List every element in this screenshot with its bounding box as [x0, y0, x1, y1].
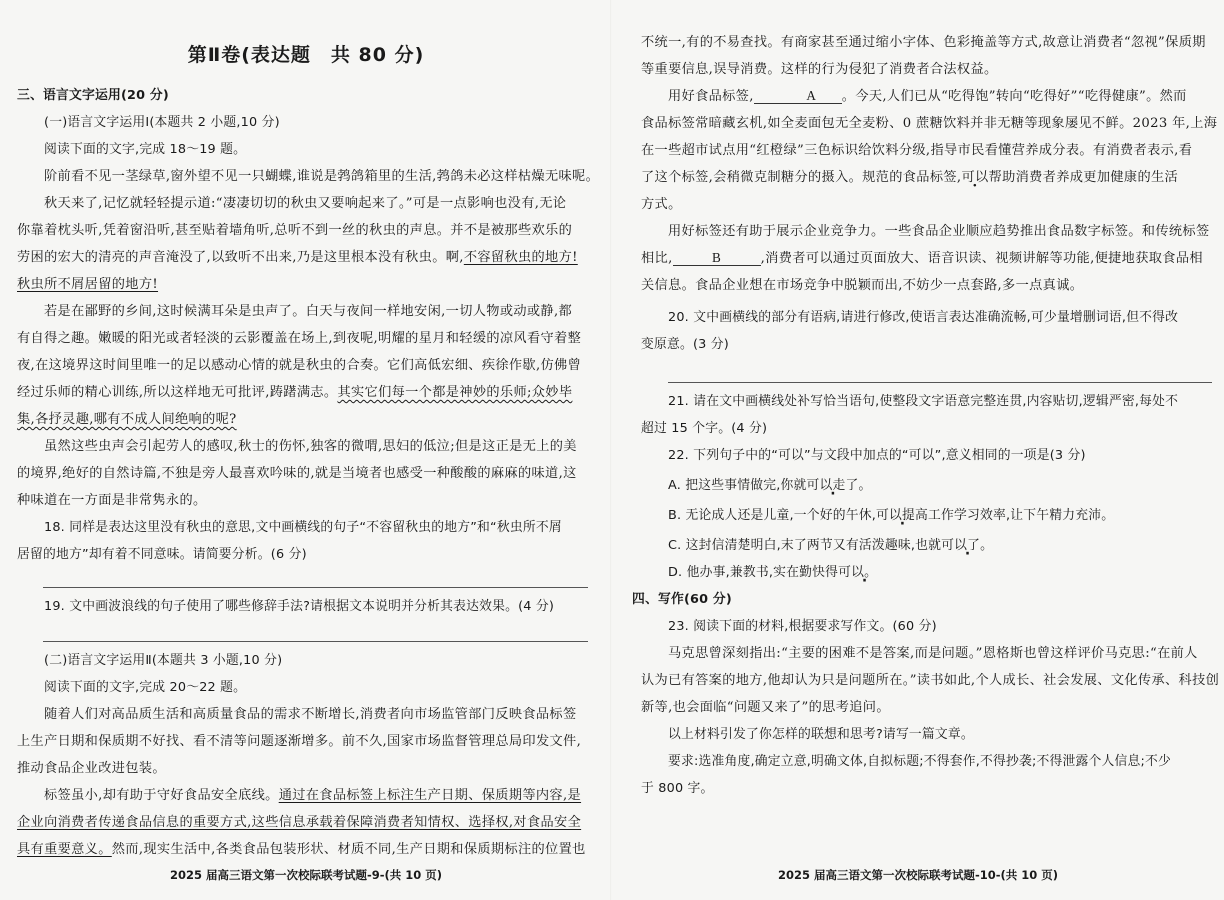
- blank-a[interactable]: A: [754, 88, 842, 104]
- passage1-text: 经过乐师的精心训练,所以这样地无可批评,踌躇满志。: [17, 385, 337, 400]
- question-23-stem: 23. 阅读下面的材料,根据要求写作文。(60 分): [641, 617, 1217, 637]
- passage2-line: 等重要信息,误导消费。这样的行为侵犯了消费者合法权益。: [641, 60, 1217, 80]
- essay-material-line: 马克思曾深刻指出:“主要的困难不是答案,而是问题。”恩格斯也曾这样评价马克思:“…: [641, 644, 1217, 664]
- wavy-underlined-sentence: 其实它们每一个都是神妙的乐师;众妙毕: [337, 385, 572, 400]
- dotted-word-keyi: 可以: [961, 170, 988, 185]
- option-text: 了。: [967, 538, 993, 553]
- essay-material-line: 认为已有答案的地方,他却认为只是问题所在。”读书如此,个人成长、社会发展、文化传…: [641, 671, 1217, 691]
- answer-line-18[interactable]: [43, 587, 588, 588]
- passage1-line: 经过乐师的精心训练,所以这样地无可批评,踌躇满志。其实它们每一个都是神妙的乐师;…: [17, 383, 597, 403]
- emphasis-dots: 可以: [961, 170, 988, 185]
- question-21: 超过 15 个字。(4 分): [641, 419, 1217, 439]
- part1-heading: (一)语言文字运用Ⅰ(本题共 2 小题,10 分): [17, 113, 597, 133]
- dotted-word-keyi: 可以: [876, 508, 902, 523]
- option-c[interactable]: C. 这封信清楚明白,末了两节又有活泼趣味,也就可以了。: [641, 536, 1217, 556]
- passage1-line: 若是在鄙野的乡间,这时候满耳朵是虫声了。白天与夜间一样地安闲,一切人物或动或静,…: [17, 302, 597, 322]
- passage1-line: 你靠着枕头听,凭着窗沿听,甚至贴着墙角听,总听不到一丝的秋虫的声息。并不是被那些…: [17, 221, 597, 241]
- exam-page-10: 不统一,有的不易查找。有商家甚至通过缩小字体、色彩掩盖等方式,故意让消费者“忽视…: [612, 0, 1224, 900]
- passage2-line: 标签虽小,却有助于守好食品安全底线。通过在食品标签上标注生产日期、保质期等内容,…: [17, 786, 597, 806]
- passage1-line: 秋天来了,记忆就轻轻提示道:“凄凄切切的秋虫又要响起来了。”可是一点影响也没有,…: [17, 194, 597, 214]
- passage1-line: 的境界,绝好的自然诗篇,不独是旁人最喜欢吟味的,就是当境者也感受一种酸酸的麻麻的…: [17, 464, 597, 484]
- page-footer-9: 2025 届高三语文第一次校际联考试题-9-(共 10 页): [0, 867, 612, 883]
- passage1-line: 阶前看不见一茎绿草,窗外望不见一只蝴蝶,谁说是鹁鸽箱里的生活,鹁鸽未必这样枯燥无…: [17, 167, 597, 187]
- exam-page-9: 第Ⅱ卷(表达题 共 80 分) 三、语言文字运用(20 分) (一)语言文字运用…: [0, 0, 612, 900]
- passage2-text: 帮助消费者养成更加健康的生活: [989, 170, 1179, 185]
- part1-instruction: 阅读下面的文字,完成 18～19 题。: [17, 140, 597, 160]
- passage2-text: 标签虽小,却有助于守好食品安全底线。: [44, 788, 279, 803]
- essay-requirements: 要求:选准角度,确定立意,明确文体,自拟标题;不得套作,不得抄袭;不得泄露个人信…: [641, 752, 1217, 772]
- passage1-line: 劳困的宏大的清亮的声音淹没了,以致听不出来,乃是这里根本没有秋虫。啊,不容留秋虫…: [17, 248, 597, 268]
- option-b[interactable]: B. 无论成人还是儿童,一个好的午休,可以提高工作学习效率,让下午精力充沛。: [641, 506, 1217, 526]
- option-text: C. 这封信清楚明白,末了两节又有活泼趣味,也就: [668, 538, 941, 553]
- answer-line-20[interactable]: [668, 382, 1212, 383]
- essay-material-line: 新等,也会面临“问题又来了”的思考追问。: [641, 698, 1217, 718]
- paper-title: 第Ⅱ卷(表达题 共 80 分): [0, 40, 612, 67]
- option-text: 走了。: [833, 478, 872, 493]
- passage2-line: 推动食品企业改进包装。: [17, 759, 597, 779]
- dotted-word-keyi: 可以: [838, 565, 864, 580]
- passage1-line: 种味道在一方面是非常隽永的。: [17, 491, 597, 511]
- underlined-error-sentence: 企业向消费者传递食品信息的重要方式,这些信息承载着保障消费者知情权、选择权,对食…: [17, 815, 581, 830]
- page-footer-10: 2025 届高三语文第一次校际联考试题-10-(共 10 页): [612, 867, 1224, 883]
- question-18: 居留的地方”却有着不同意味。请简要分析。(6 分): [17, 545, 597, 565]
- dotted-word-keyi: 可以: [807, 478, 833, 493]
- question-18: 18. 同样是表达这里没有秋虫的意思,文中画横线的句子“不容留秋虫的地方”和“秋…: [17, 518, 597, 538]
- passage1-line: 虽然这些虫声会引起劳人的感叹,秋士的伤怀,独客的微喟,思妇的低泣;但是这正是无上…: [17, 437, 597, 457]
- passage1-text: 劳困的宏大的清亮的声音淹没了,以致听不出来,乃是这里根本没有秋虫。啊,: [17, 250, 464, 265]
- section-heading-writing: 四、写作(60 分): [632, 590, 1208, 610]
- passage2-line: 具有重要意义。然而,现实生活中,各类食品包装形状、材质不同,生产日期和保质期标注…: [17, 840, 597, 860]
- passage2-text: 相比,: [641, 251, 673, 266]
- underlined-sentence-1: 不容留秋虫的地方!: [464, 250, 578, 265]
- passage1-line: 有自得之趣。嫩暖的阳光或者轻淡的云影覆盖在场上,到夜呢,明耀的星月和轻缓的凉风看…: [17, 329, 597, 349]
- underlined-error-sentence: 通过在食品标签上标注生产日期、保质期等内容,是: [279, 788, 581, 803]
- passage2-text: 用好食品标签,: [668, 89, 754, 104]
- answer-line-19[interactable]: [43, 641, 588, 642]
- option-text: A. 把这些事情做完,你就: [668, 478, 807, 493]
- passage2-text: 。今天,人们已从“吃得饱”转向“吃得好”“吃得健康”。然而: [842, 89, 1187, 104]
- dotted-word-keyi: 可以: [941, 538, 967, 553]
- option-text: D. 他办事,兼教书,实在勤快得: [668, 565, 838, 580]
- passage2-line: 食品标签常暗藏玄机,如全麦面包无全麦粉、0 蔗糖饮料并非无糖等现象屡见不鲜。20…: [641, 114, 1217, 134]
- passage2-line: 上生产日期和保质期不好找、看不清等问题逐渐增多。前不久,国家市场监督管理总局印发…: [17, 732, 597, 752]
- underlined-sentence-2: 秋虫所不屑居留的地方!: [17, 277, 158, 292]
- passage2-line: 不统一,有的不易查找。有商家甚至通过缩小字体、色彩掩盖等方式,故意让消费者“忽视…: [641, 33, 1217, 53]
- question-19: 19. 文中画波浪线的句子使用了哪些修辞手法?请根据文本说明并分析其表达效果。(…: [17, 597, 597, 617]
- part2-instruction: 阅读下面的文字,完成 20～22 题。: [17, 678, 597, 698]
- question-20: 20. 文中画横线的部分有语病,请进行修改,使语言表达准确流畅,可少量增删词语,…: [641, 308, 1217, 328]
- passage2-text: 然而,现实生活中,各类食品包装形状、材质不同,生产日期和保质期标注的位置也: [112, 842, 586, 857]
- passage1-line: 集,各抒灵趣,哪有不成人间绝响的呢?: [17, 410, 597, 430]
- passage2-line: 随着人们对高品质生活和高质量食品的需求不断增长,消费者向市场监管部门反映食品标签: [17, 705, 597, 725]
- passage2-line: 相比,B,消费者可以通过页面放大、语音识读、视频讲解等功能,便捷地获取食品相: [641, 249, 1217, 269]
- essay-requirements: 于 800 字。: [641, 779, 1217, 799]
- passage2-line: 在一些超市试点用“红橙绿”三色标识给饮料分级,指导市民看懂营养成分表。有消费者表…: [641, 141, 1217, 161]
- option-d[interactable]: D. 他办事,兼教书,实在勤快得可以。: [641, 563, 1217, 583]
- question-22-stem: 22. 下列句子中的“可以”与文段中加点的“可以”,意义相同的一项是(3 分): [641, 446, 1217, 466]
- passage2-line: 用好标签还有助于展示企业竞争力。一些食品企业顺应趋势推出食品数字标签。和传统标签: [641, 222, 1217, 242]
- option-a[interactable]: A. 把这些事情做完,你就可以走了。: [641, 476, 1217, 496]
- question-21: 21. 请在文中画横线处补写恰当语句,使整段文字语意完整连贯,内容贴切,逻辑严密…: [641, 392, 1217, 412]
- wavy-underlined-sentence: 集,各抒灵趣,哪有不成人间绝响的呢?: [17, 412, 237, 427]
- passage2-line: 方式。: [641, 195, 1217, 215]
- option-text: B. 无论成人还是儿童,一个好的午休,: [668, 508, 876, 523]
- part2-heading: (二)语言文字运用Ⅱ(本题共 3 小题,10 分): [17, 651, 597, 671]
- underlined-error-sentence: 具有重要意义。: [17, 842, 112, 857]
- passage2-line: 企业向消费者传递食品信息的重要方式,这些信息承载着保障消费者知情权、选择权,对食…: [17, 813, 597, 833]
- blank-b[interactable]: B: [673, 250, 761, 266]
- passage2-line: 关信息。食品企业想在市场竞争中脱颖而出,不妨少一点套路,多一点真诚。: [641, 276, 1217, 296]
- essay-prompt: 以上材料引发了你怎样的联想和思考?请写一篇文章。: [641, 725, 1217, 745]
- passage2-line: 用好食品标签,A。今天,人们已从“吃得饱”转向“吃得好”“吃得健康”。然而: [641, 87, 1217, 107]
- option-text: 提高工作学习效率,让下午精力充沛。: [902, 508, 1114, 523]
- passage2-line: 了这个标签,会稍微克制糖分的摄入。规范的食品标签,可以帮助消费者养成更加健康的生…: [641, 168, 1217, 188]
- passage1-line: 秋虫所不屑居留的地方!: [17, 275, 597, 295]
- passage2-text: ,消费者可以通过页面放大、语音识读、视频讲解等功能,便捷地获取食品相: [761, 251, 1203, 266]
- passage1-line: 夜,在这境界这时间里唯一的足以感动心情的就是秋虫的合奏。它们高低宏细、疾徐作歇,…: [17, 356, 597, 376]
- section-heading-language-use: 三、语言文字运用(20 分): [17, 86, 597, 106]
- passage2-text: 了这个标签,会稍微克制糖分的摄入。规范的食品标签,: [641, 170, 961, 185]
- question-20: 变原意。(3 分): [641, 335, 1217, 355]
